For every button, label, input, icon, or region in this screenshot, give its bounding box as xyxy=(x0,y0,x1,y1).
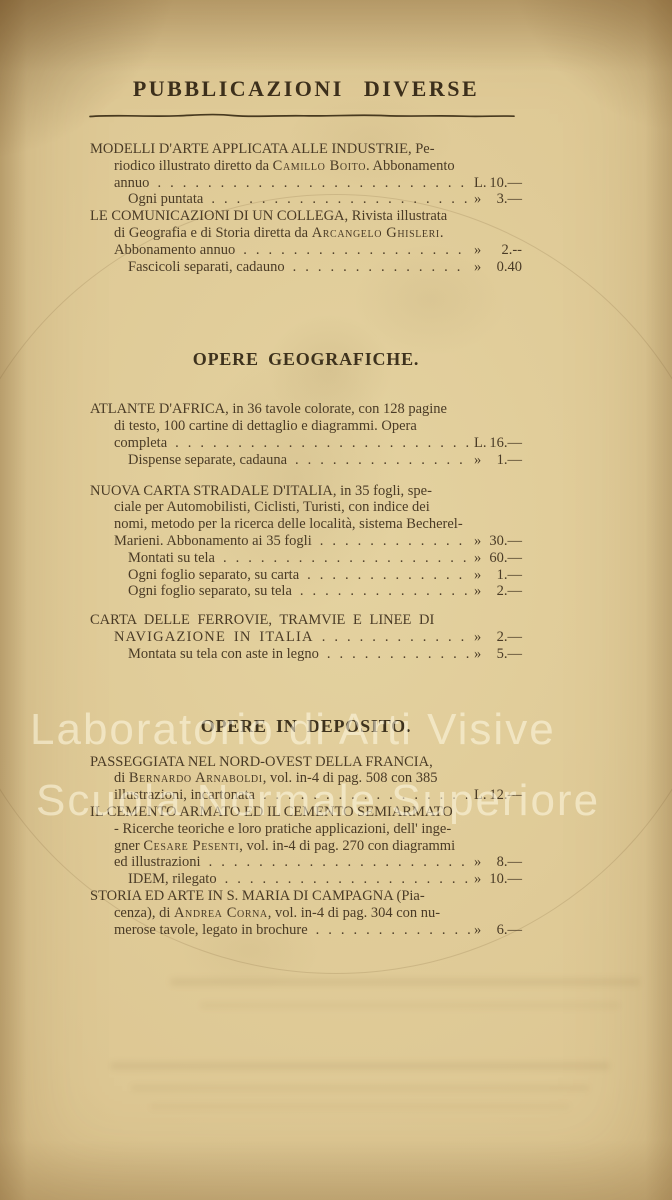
line-text: ciale per Automobilisti, Ciclisti, Turis… xyxy=(114,499,430,516)
price: »5.— xyxy=(474,646,522,663)
line-text: ed illustrazioni xyxy=(114,854,201,871)
price: »1.— xyxy=(474,567,522,584)
line-text: ATLANTE D'AFRICA, in 36 tavole colorate,… xyxy=(90,401,447,418)
price: »10.— xyxy=(474,871,522,888)
line-text: Dispense separate, cadauna xyxy=(128,452,287,469)
title-rule-ornament xyxy=(88,111,516,121)
price-amount: 60.— xyxy=(489,550,522,567)
dot-leader: ....................................... xyxy=(225,871,470,888)
dot-leader: ....................................... xyxy=(327,646,470,663)
price-amount: 8.— xyxy=(497,854,522,871)
currency-unit: » xyxy=(474,259,481,276)
line-text: riodico illustrato diretto da Camillo Bo… xyxy=(114,158,455,175)
show-through-text-ghost xyxy=(130,1084,590,1092)
price-amount: 1.— xyxy=(497,567,522,584)
catalog-line: Ogni foglio separato, su carta .........… xyxy=(90,567,522,584)
currency-unit: » xyxy=(474,191,481,208)
catalog-entry: IL CEMENTO ARMATO ED IL CEMENTO SEMIARMA… xyxy=(90,804,522,888)
scanned-book-page: PUBBLICAZIONI DIVERSE MODELLI D'ARTE APP… xyxy=(0,0,672,1200)
line-text: LE COMUNICAZIONI DI UN COLLEGA, Rivista … xyxy=(90,208,447,225)
price-amount: 30.— xyxy=(489,533,522,550)
dot-leader: ....................................... xyxy=(300,583,470,600)
currency-unit: L. xyxy=(474,435,486,452)
catalog-line: IL CEMENTO ARMATO ED IL CEMENTO SEMIARMA… xyxy=(90,804,522,821)
line-text: di Geografia e di Storia diretta da Arca… xyxy=(114,225,443,242)
currency-unit: » xyxy=(474,550,481,567)
price: »2.— xyxy=(474,629,522,646)
line-text: NAVIGAZIONE IN ITALIA xyxy=(114,629,314,646)
price-amount: 10.— xyxy=(489,871,522,888)
catalog-line: IDEM, rilegato .........................… xyxy=(90,871,522,888)
catalog-line: Fascicoli separati, cadauno ............… xyxy=(90,259,522,276)
line-text: Ogni foglio separato, su carta xyxy=(128,567,299,584)
person-name: Andrea Corna xyxy=(174,905,268,921)
dot-leader: ....................................... xyxy=(322,629,470,646)
currency-unit: » xyxy=(474,242,481,259)
dot-leader: ....................................... xyxy=(263,787,470,804)
catalog-line: Dispense separate, cadauna .............… xyxy=(90,452,522,469)
dot-leader: ....................................... xyxy=(316,922,470,939)
person-name: Camillo Boito xyxy=(273,158,366,174)
catalog-line: riodico illustrato diretto da Camillo Bo… xyxy=(90,158,522,175)
line-text: Fascicoli separati, cadauno xyxy=(128,259,285,276)
price: »60.— xyxy=(474,550,522,567)
catalog-entry: STORIA ED ARTE IN S. MARIA DI CAMPAGNA (… xyxy=(90,888,522,938)
price-amount: 2.-- xyxy=(501,242,522,259)
dot-leader: ....................................... xyxy=(293,259,470,276)
line-text: nomi, metodo per la ricerca delle locali… xyxy=(114,516,463,533)
dot-leader: ....................................... xyxy=(209,854,470,871)
line-text: cenza), di Andrea Corna, vol. in-4 di pa… xyxy=(114,905,440,922)
line-text: CARTA DELLE FERROVIE, TRAMVIE E LINEE DI xyxy=(90,612,434,629)
catalog-line: - Ricerche teoriche e loro pratiche appl… xyxy=(90,821,522,838)
currency-unit: » xyxy=(474,629,481,646)
catalog-line: completa ...............................… xyxy=(90,435,522,452)
show-through-text-ghost xyxy=(150,1103,570,1110)
dot-leader: ....................................... xyxy=(295,452,470,469)
price-amount: 5.— xyxy=(497,646,522,663)
catalog-entry: PASSEGGIATA NEL NORD-OVEST DELLA FRANCIA… xyxy=(90,754,522,804)
line-text: - Ricerche teoriche e loro pratiche appl… xyxy=(114,821,451,838)
catalog-line: Abbonamento annuo ......................… xyxy=(90,242,522,259)
catalog-line: Ogni puntata ...........................… xyxy=(90,191,522,208)
currency-unit: » xyxy=(474,646,481,663)
line-text: completa xyxy=(114,435,167,452)
catalog-line: MODELLI D'ARTE APPLICATA ALLE INDUSTRIE,… xyxy=(90,141,522,158)
price-amount: 1.— xyxy=(497,452,522,469)
catalog-line: ciale per Automobilisti, Ciclisti, Turis… xyxy=(90,499,522,516)
line-text: MODELLI D'ARTE APPLICATA ALLE INDUSTRIE,… xyxy=(90,141,435,158)
catalog-line: Ogni foglio separato, su tela ..........… xyxy=(90,583,522,600)
section-heading-opere-geografiche: OPERE GEOGRAFICHE. xyxy=(90,349,522,369)
catalog-line: NAVIGAZIONE IN ITALIA ..................… xyxy=(90,629,522,646)
line-text: IDEM, rilegato xyxy=(128,871,217,888)
price: »6.— xyxy=(474,922,522,939)
currency-unit: » xyxy=(474,452,481,469)
section-heading-opere-in-deposito: OPERE IN DEPOSITO. xyxy=(90,716,522,736)
show-through-text-ghost xyxy=(110,1062,610,1070)
price: »30.— xyxy=(474,533,522,550)
price: »1.— xyxy=(474,452,522,469)
currency-unit: » xyxy=(474,567,481,584)
price-amount: 16.— xyxy=(489,435,522,452)
price: L.16.— xyxy=(474,435,522,452)
price-amount: 6.— xyxy=(497,922,522,939)
price: »2.— xyxy=(474,583,522,600)
catalog-entry: LE COMUNICAZIONI DI UN COLLEGA, Rivista … xyxy=(90,208,522,275)
catalog-line: annuo ..................................… xyxy=(90,175,522,192)
line-text: merose tavole, legato in brochure xyxy=(114,922,308,939)
catalog-line: nomi, metodo per la ricerca delle locali… xyxy=(90,516,522,533)
catalog-line: ed illustrazioni .......................… xyxy=(90,854,522,871)
dot-leader: ....................................... xyxy=(175,435,470,452)
price: »0.40 xyxy=(474,259,522,276)
dot-leader: ....................................... xyxy=(211,191,470,208)
person-name: Cesare Pesenti xyxy=(143,838,239,854)
price: »8.— xyxy=(474,854,522,871)
line-text: illustrazioni, incartonata xyxy=(114,787,255,804)
dot-leader: ....................................... xyxy=(243,242,470,259)
price: L.12.— xyxy=(474,787,522,804)
catalog-entry: CARTA DELLE FERROVIE, TRAMVIE E LINEE DI… xyxy=(90,612,522,662)
currency-unit: » xyxy=(474,533,481,550)
catalog-line: Montata su tela con aste in legno ......… xyxy=(90,646,522,663)
catalog-line: ATLANTE D'AFRICA, in 36 tavole colorate,… xyxy=(90,401,522,418)
dot-leader: ....................................... xyxy=(320,533,470,550)
currency-unit: » xyxy=(474,583,481,600)
catalog-line: gner Cesare Pesenti, vol. in-4 di pag. 2… xyxy=(90,838,522,855)
price: »2.-- xyxy=(474,242,522,259)
line-text: annuo xyxy=(114,175,149,192)
currency-unit: L. xyxy=(474,175,486,192)
line-text: STORIA ED ARTE IN S. MARIA DI CAMPAGNA (… xyxy=(90,888,425,905)
catalog-line: PASSEGGIATA NEL NORD-OVEST DELLA FRANCIA… xyxy=(90,754,522,771)
catalog-line: Marieni. Abbonamento ai 35 fogli .......… xyxy=(90,533,522,550)
price: »3.— xyxy=(474,191,522,208)
catalog-entry: NUOVA CARTA STRADALE D'ITALIA, in 35 fog… xyxy=(90,483,522,601)
dot-leader: ....................................... xyxy=(223,550,470,567)
price-amount: 0.40 xyxy=(497,259,522,276)
line-text: di testo, 100 cartine di dettaglio e dia… xyxy=(114,418,417,435)
price-amount: 12.— xyxy=(489,787,522,804)
dot-leader: ....................................... xyxy=(157,175,470,192)
line-text: Montata su tela con aste in legno xyxy=(128,646,319,663)
catalog-line: di Geografia e di Storia diretta da Arca… xyxy=(90,225,522,242)
catalog-line: LE COMUNICAZIONI DI UN COLLEGA, Rivista … xyxy=(90,208,522,225)
show-through-text-ghost xyxy=(200,1002,620,1009)
catalog-line: Montati su tela ........................… xyxy=(90,550,522,567)
line-text: IL CEMENTO ARMATO ED IL CEMENTO SEMIARMA… xyxy=(90,804,453,821)
page-title: PUBBLICAZIONI DIVERSE xyxy=(90,76,522,102)
price-amount: 2.— xyxy=(497,629,522,646)
line-text: gner Cesare Pesenti, vol. in-4 di pag. 2… xyxy=(114,838,455,855)
currency-unit: L. xyxy=(474,787,486,804)
price-amount: 10.— xyxy=(489,175,522,192)
catalog-line: NUOVA CARTA STRADALE D'ITALIA, in 35 fog… xyxy=(90,483,522,500)
line-text: Ogni foglio separato, su tela xyxy=(128,583,292,600)
line-text: Abbonamento annuo xyxy=(114,242,235,259)
price-amount: 3.— xyxy=(497,191,522,208)
line-text: Montati su tela xyxy=(128,550,215,567)
currency-unit: » xyxy=(474,922,481,939)
person-name: Arcangelo Ghisleri xyxy=(312,225,440,241)
catalog-line: cenza), di Andrea Corna, vol. in-4 di pa… xyxy=(90,905,522,922)
catalog-line: STORIA ED ARTE IN S. MARIA DI CAMPAGNA (… xyxy=(90,888,522,905)
line-text: Ogni puntata xyxy=(128,191,203,208)
line-text: NUOVA CARTA STRADALE D'ITALIA, in 35 fog… xyxy=(90,483,432,500)
line-text: di Bernardo Arnaboldi, vol. in-4 di pag.… xyxy=(114,770,437,787)
line-text: Marieni. Abbonamento ai 35 fogli xyxy=(114,533,312,550)
catalog-content: MODELLI D'ARTE APPLICATA ALLE INDUSTRIE,… xyxy=(90,141,522,938)
catalog-entry: ATLANTE D'AFRICA, in 36 tavole colorate,… xyxy=(90,401,522,468)
price: L.10.— xyxy=(474,175,522,192)
person-name: Bernardo Arnaboldi xyxy=(129,770,263,786)
catalog-entry: MODELLI D'ARTE APPLICATA ALLE INDUSTRIE,… xyxy=(90,141,522,208)
show-through-text-ghost xyxy=(170,978,640,986)
currency-unit: » xyxy=(474,871,481,888)
line-text: PASSEGGIATA NEL NORD-OVEST DELLA FRANCIA… xyxy=(90,754,433,771)
catalog-line: di testo, 100 cartine di dettaglio e dia… xyxy=(90,418,522,435)
catalog-line: CARTA DELLE FERROVIE, TRAMVIE E LINEE DI xyxy=(90,612,522,629)
catalog-line: di Bernardo Arnaboldi, vol. in-4 di pag.… xyxy=(90,770,522,787)
catalog-line: illustrazioni, incartonata .............… xyxy=(90,787,522,804)
currency-unit: » xyxy=(474,854,481,871)
price-amount: 2.— xyxy=(497,583,522,600)
dot-leader: ....................................... xyxy=(307,567,470,584)
catalog-line: merose tavole, legato in brochure ......… xyxy=(90,922,522,939)
